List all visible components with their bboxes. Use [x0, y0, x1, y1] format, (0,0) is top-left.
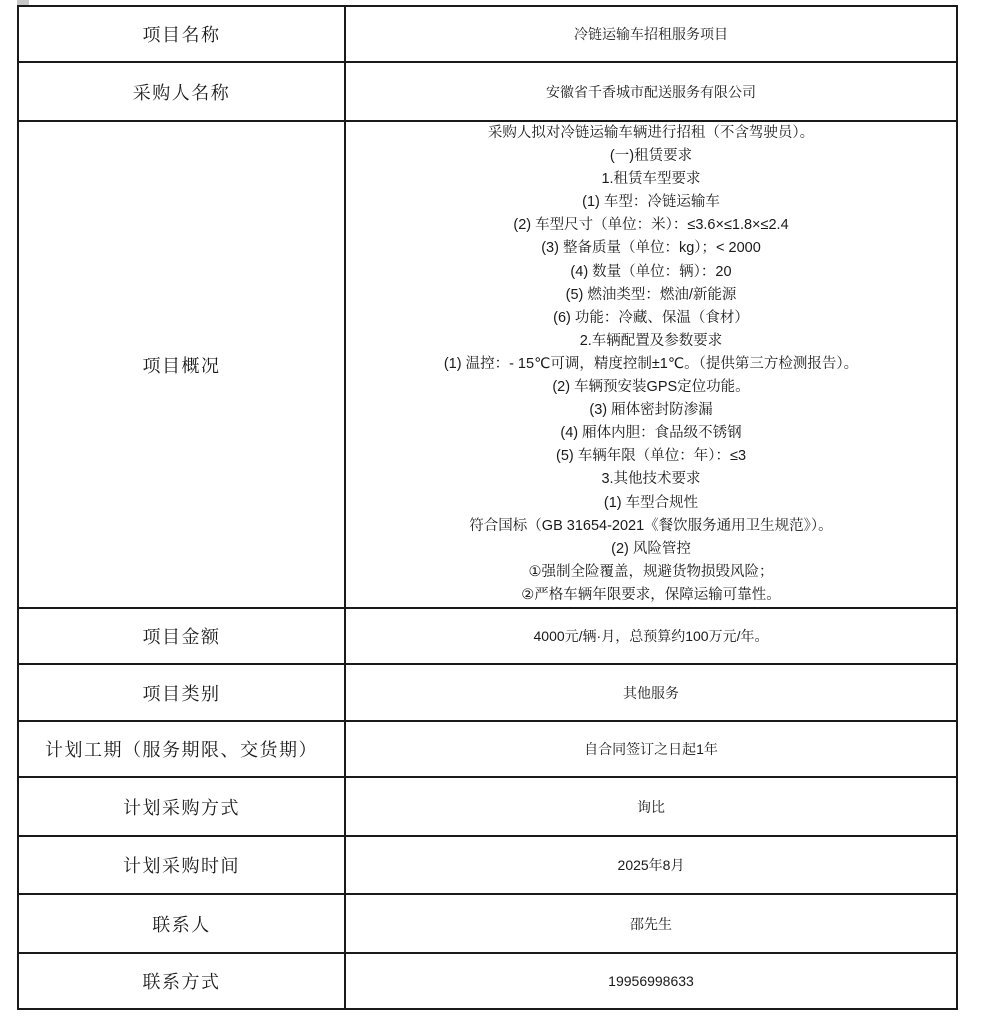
overview-line: (1) 车型合规性 [350, 492, 952, 515]
row-label-planned-period: 计划工期（服务期限、交货期） [19, 722, 346, 776]
table-row-project-category: 项目类别 其他服务 [19, 665, 956, 722]
overview-line: (4) 数量（单位：辆）：20 [350, 261, 952, 284]
overview-line: 3.其他技术要求 [350, 468, 952, 491]
overview-line: (2) 风险管控 [350, 538, 952, 561]
row-label-project-name: 项目名称 [19, 7, 346, 61]
row-value-contact-number: 19956998633 [346, 954, 956, 1008]
overview-line: (3) 厢体密封防渗漏 [350, 399, 952, 422]
row-label-project-category: 项目类别 [19, 665, 346, 720]
overview-line: (5) 燃油类型：燃油/新能源 [350, 284, 952, 307]
overview-line: (2) 车辆预安装GPS定位功能。 [350, 376, 952, 399]
row-value-procurement-method: 询比 [346, 778, 956, 835]
overview-line: (3) 整备质量（单位：kg）；< 2000 [350, 237, 952, 260]
table-row-project-amount: 项目金额 4000元/辆·月，总预算约100万元/年。 [19, 609, 956, 665]
row-label-project-amount: 项目金额 [19, 609, 346, 663]
procurement-info-table: 项目名称 冷链运输车招租服务项目 采购人名称 安徽省千香城市配送服务有限公司 项… [17, 5, 958, 1010]
table-row-contact-person: 联系人 邵先生 [19, 895, 956, 954]
row-value-project-category: 其他服务 [346, 665, 956, 720]
row-label-procurement-time: 计划采购时间 [19, 837, 346, 893]
overview-line: (5) 车辆年限（单位：年）：≤3 [350, 445, 952, 468]
row-label-procurement-method: 计划采购方式 [19, 778, 346, 835]
row-value-purchaser-name: 安徽省千香城市配送服务有限公司 [346, 63, 956, 120]
row-label-purchaser-name: 采购人名称 [19, 63, 346, 120]
overview-line: ①强制全险覆盖，规避货物损毁风险； [350, 561, 952, 584]
overview-line: 1.租赁车型要求 [350, 168, 952, 191]
overview-line: ②严格车辆年限要求，保障运输可靠性。 [350, 584, 952, 607]
document-page: 项目名称 冷链运输车招租服务项目 采购人名称 安徽省千香城市配送服务有限公司 项… [0, 0, 982, 1029]
table-row-purchaser-name: 采购人名称 安徽省千香城市配送服务有限公司 [19, 63, 956, 122]
overview-line: 符合国标（GB 31654-2021《餐饮服务通用卫生规范》）。 [350, 515, 952, 538]
row-value-planned-period: 自合同签订之日起1年 [346, 722, 956, 776]
table-row-procurement-time: 计划采购时间 2025年8月 [19, 837, 956, 895]
row-value-procurement-time: 2025年8月 [346, 837, 956, 893]
overview-line: (1) 车型：冷链运输车 [350, 191, 952, 214]
overview-line: 采购人拟对冷链运输车辆进行招租（不含驾驶员）。 [350, 122, 952, 145]
table-row-project-overview: 项目概况 采购人拟对冷链运输车辆进行招租（不含驾驶员）。 (一)租赁要求 1.租… [19, 122, 956, 609]
row-value-project-name: 冷链运输车招租服务项目 [346, 7, 956, 61]
table-row-contact-number: 联系方式 19956998633 [19, 954, 956, 1008]
row-label-project-overview: 项目概况 [19, 122, 346, 607]
row-value-contact-person: 邵先生 [346, 895, 956, 952]
table-row-procurement-method: 计划采购方式 询比 [19, 778, 956, 837]
row-value-project-overview: 采购人拟对冷链运输车辆进行招租（不含驾驶员）。 (一)租赁要求 1.租赁车型要求… [346, 122, 956, 607]
row-label-contact-person: 联系人 [19, 895, 346, 952]
overview-line: (一)租赁要求 [350, 145, 952, 168]
overview-line: (6) 功能：冷藏、保温（食材） [350, 307, 952, 330]
overview-line: (2) 车型尺寸（单位：米）：≤3.6×≤1.8×≤2.4 [350, 214, 952, 237]
overview-line: (4) 厢体内胆：食品级不锈钢 [350, 422, 952, 445]
overview-line: (1) 温控：- 15℃可调，精度控制±1℃。（提供第三方检测报告）。 [350, 353, 952, 376]
row-value-project-amount: 4000元/辆·月，总预算约100万元/年。 [346, 609, 956, 663]
table-row-planned-period: 计划工期（服务期限、交货期） 自合同签订之日起1年 [19, 722, 956, 778]
overview-line: 2.车辆配置及参数要求 [350, 330, 952, 353]
row-label-contact-number: 联系方式 [19, 954, 346, 1008]
table-row-project-name: 项目名称 冷链运输车招租服务项目 [19, 7, 956, 63]
